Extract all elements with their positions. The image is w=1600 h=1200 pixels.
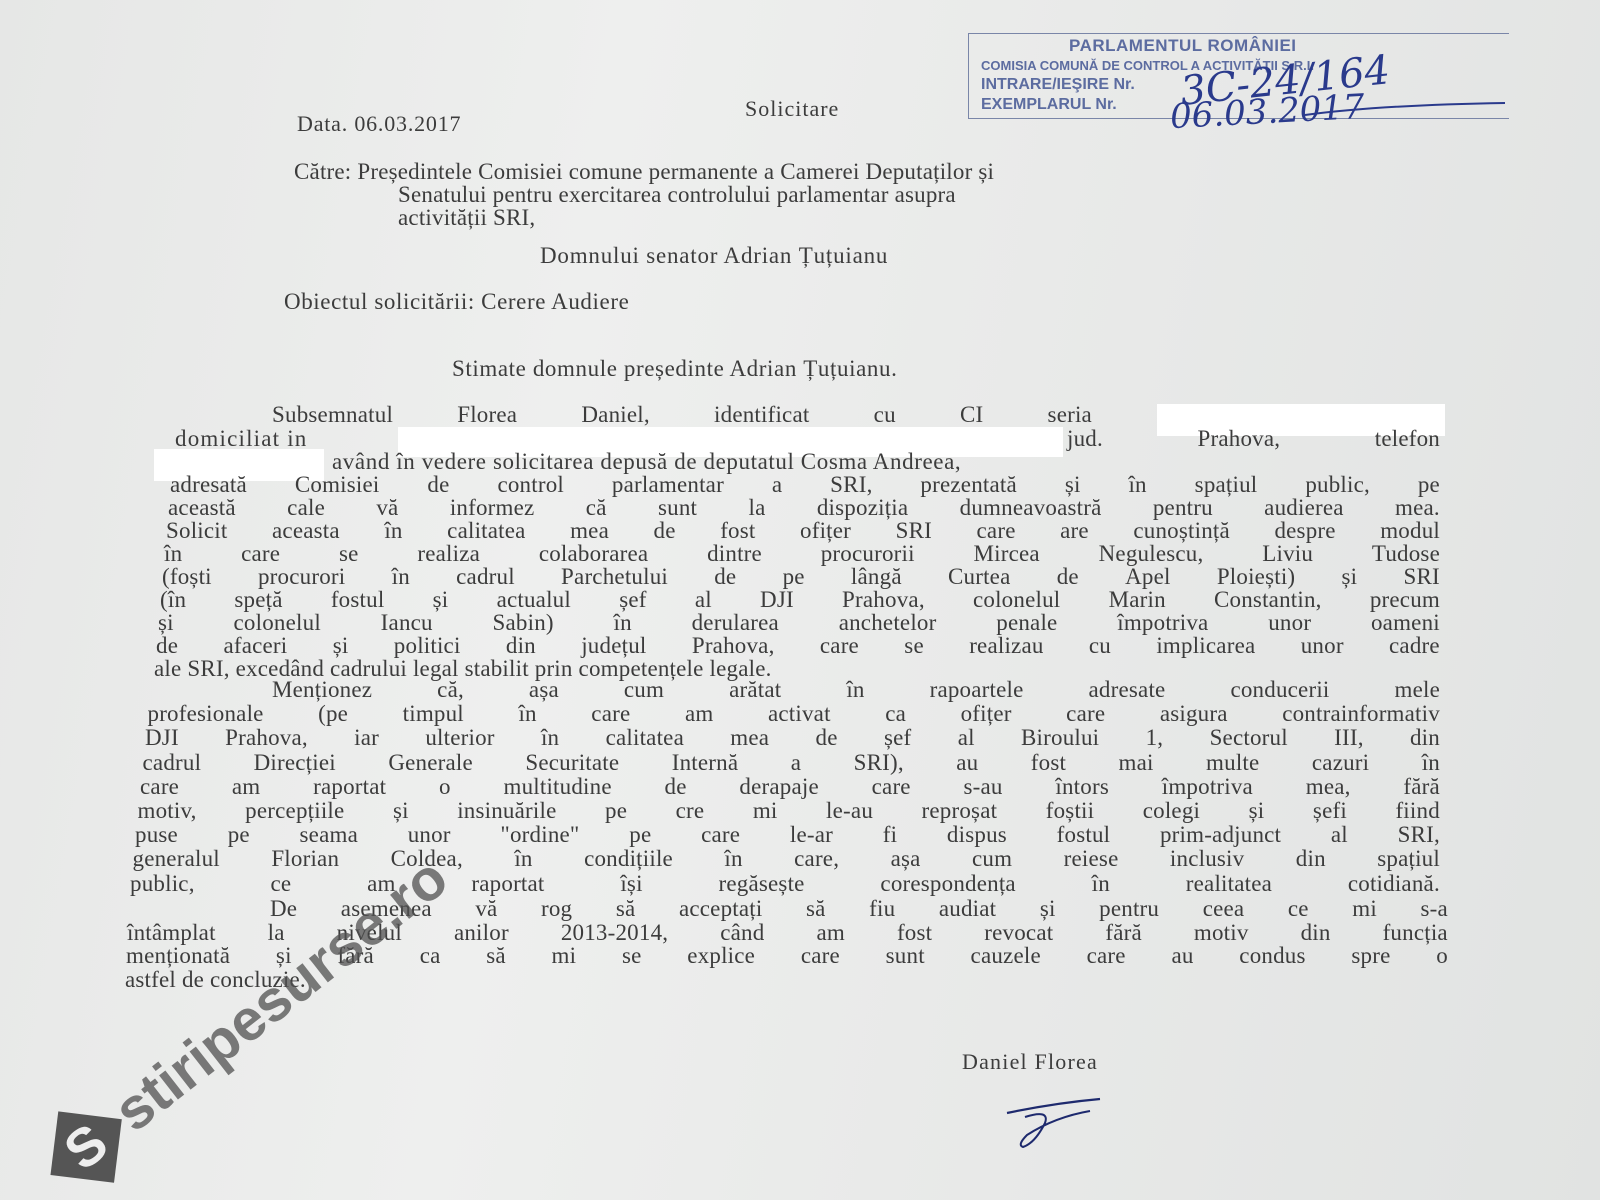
p1rest-line: încareserealizacolaborareadintreprocuror…: [164, 542, 1440, 566]
stamp-entry-label: INTRARE/IEŞIRE Nr.: [981, 76, 1135, 94]
handwriting-stroke-icon: [1300, 95, 1510, 125]
p1rest-line: Solicitaceastaîncalitateameadefostofițer…: [166, 519, 1440, 543]
scanned-letter: PARLAMENTUL ROMÂNIEI COMISIA COMUNĂ DE C…: [0, 0, 1600, 1200]
signature-icon: [1005, 1095, 1125, 1155]
p2-line: careamraportatomultitudinedederapajecare…: [140, 775, 1440, 799]
watermark: S stiripesurse.ro: [40, 844, 460, 1193]
body-p1-line-2-start: domiciliat in: [175, 427, 308, 451]
p1rest-line: (înspețăfostulșiactualulșefalDJIPrahova,…: [160, 588, 1440, 612]
p1rest-line: deafacerișipoliticidinjudețulPrahova,car…: [156, 634, 1440, 658]
addressee: Domnului senator Adrian Țuțuianu: [540, 244, 888, 268]
p1rest-line: aceastăcalevăinformezcăsuntladispozițiad…: [168, 496, 1440, 520]
document-date: Data. 06.03.2017: [297, 112, 461, 136]
p2-line: profesionale(petimpulîncareamactivatcaof…: [148, 702, 1441, 726]
p1rest-line: (foștiprocuroriîncadrulParchetuluidepelâ…: [162, 565, 1440, 589]
p2-line: generalulFlorianColdea,încondițiileîncar…: [133, 847, 1441, 871]
body-p1-line-1: Subsemnatul Florea Daniel, identificat c…: [272, 403, 1092, 427]
salutation: Stimate domnule președinte Adrian Țuțuia…: [452, 357, 897, 381]
recipient-line-2: Senatului pentru exercitarea controlului…: [398, 183, 956, 207]
stamp-copy-label: EXEMPLARUL Nr.: [981, 96, 1117, 114]
p2-line: pusepeseamaunor"ordine"pecarele-arfidisp…: [135, 823, 1440, 847]
subject-line: Obiectul solicitării: Cerere Audiere: [284, 290, 629, 314]
body-p1-line-3: având în vedere solicitarea depusă de de…: [332, 450, 961, 474]
stamp-institution: PARLAMENTUL ROMÂNIEI: [1069, 36, 1297, 56]
recipient-line-3: activității SRI,: [398, 206, 535, 230]
body-p1-line-2-end: jud. Prahova, telefon: [1067, 427, 1440, 451]
p2-line: cadrulDirecțieiGeneraleSecuritateInternă…: [143, 751, 1441, 775]
p1rest-line: adresatăComisieidecontrolparlamentaraSRI…: [170, 473, 1440, 497]
p2-line: public,ceamraportatîșiregăseștecorespond…: [130, 872, 1440, 896]
p2-line: motiv,percepțiileșiinsinuărilepecremile-…: [138, 799, 1441, 823]
p2-line: DJIPrahova,iarulteriorîncalitateameadeșe…: [145, 726, 1440, 750]
signatory-name: Daniel Florea: [962, 1050, 1098, 1074]
p1rest-line: șicolonelulIancuSabin)înderulareaanchete…: [158, 611, 1440, 635]
recipient-line-1: Către: Președintele Comisiei comune perm…: [294, 160, 994, 184]
watermark-logo-icon: S: [50, 1111, 121, 1182]
document-title: Solicitare: [745, 97, 839, 121]
p2-line: Menționezcă,așacumarătatînrapoarteleadre…: [272, 678, 1440, 702]
